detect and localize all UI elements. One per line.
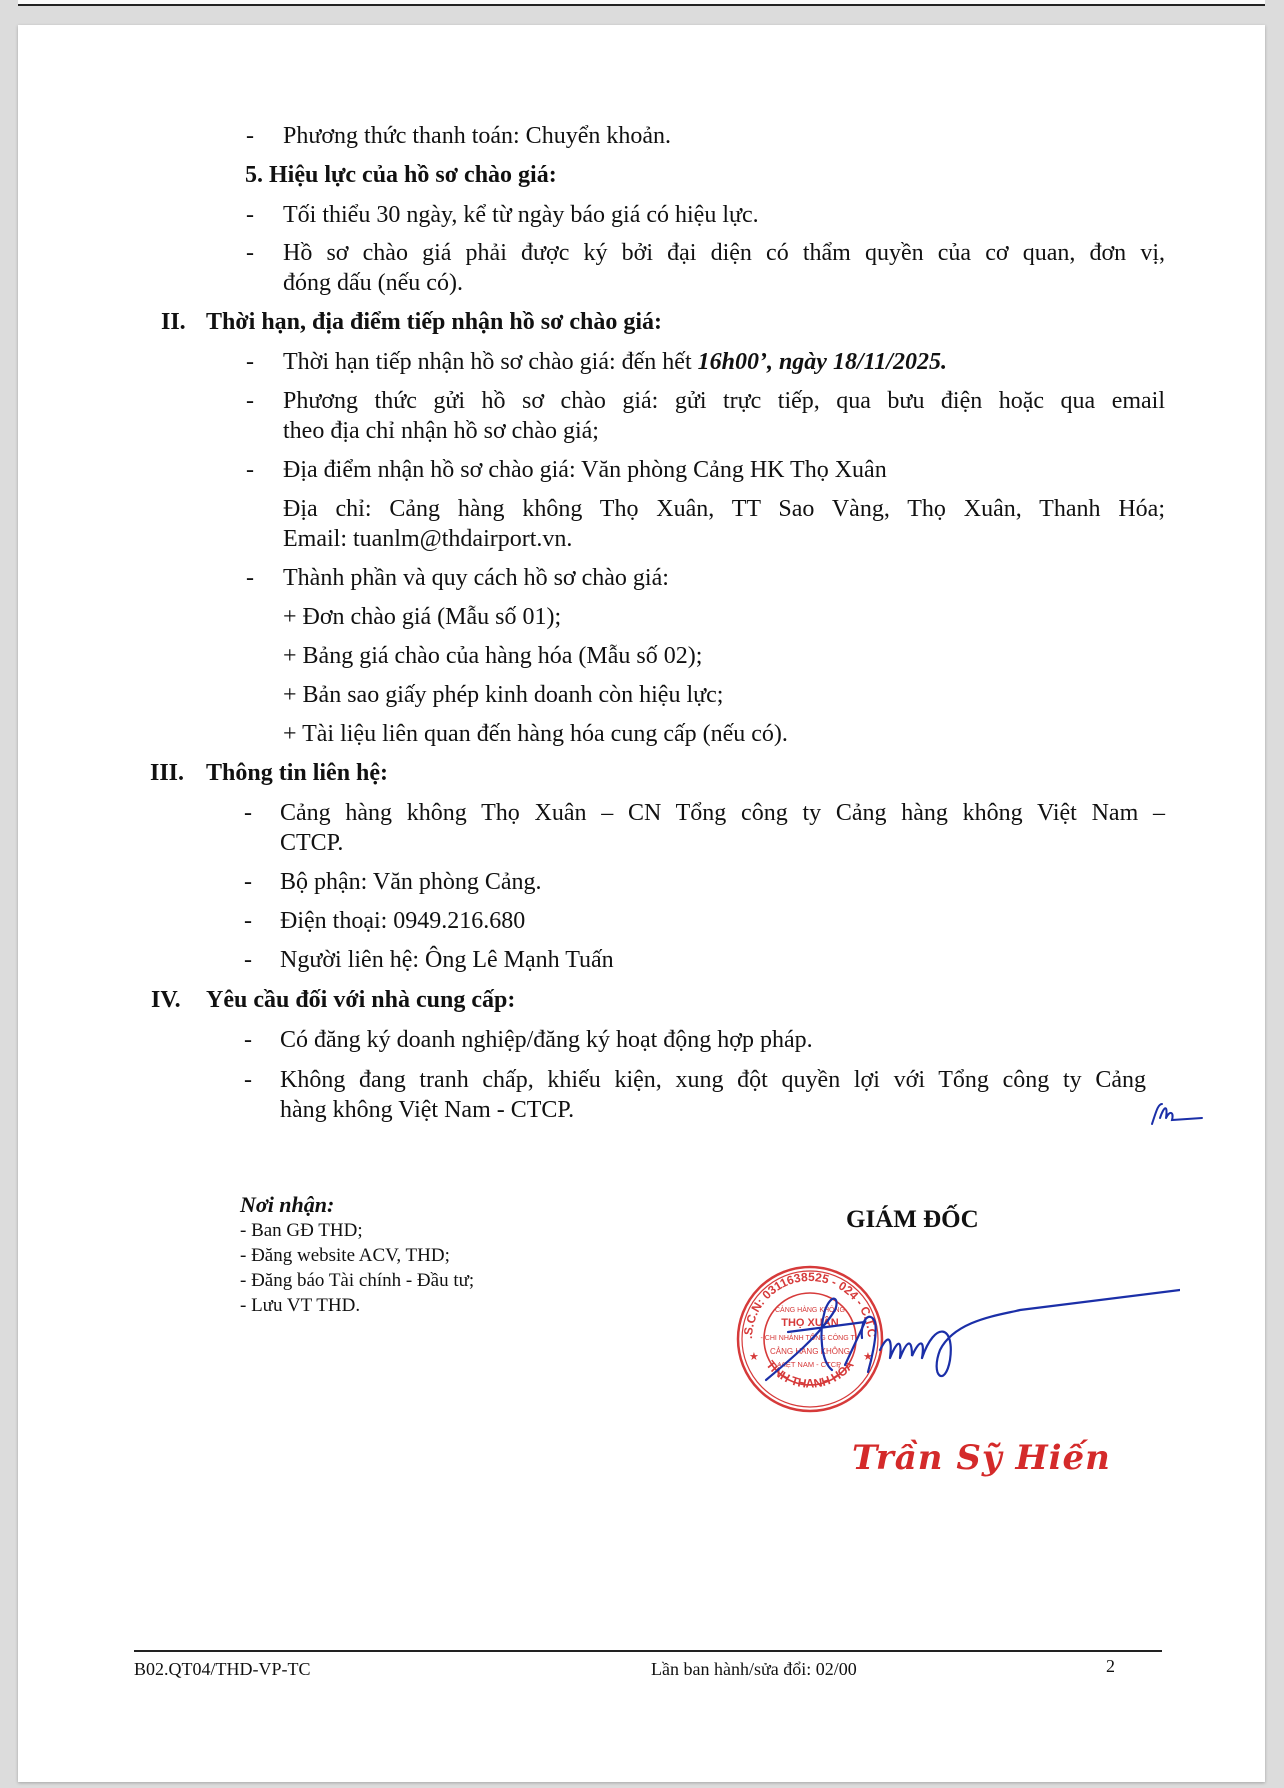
- section-5-heading: 5. Hiệu lực của hồ sơ chào giá:: [245, 160, 557, 190]
- previous-page-edge: [18, 0, 1265, 6]
- section-II-numeral: II.: [161, 307, 186, 337]
- bullet-dash: -: [244, 867, 252, 897]
- send-method-line1: Phương thức gửi hồ sơ chào giá: gửi trực…: [283, 386, 1165, 416]
- composition-item: + Tài liệu liên quan đến hàng hóa cung c…: [283, 719, 788, 749]
- bullet-dash: -: [246, 238, 254, 268]
- contact-organization-line1: Cảng hàng không Thọ Xuân – CN Tổng công …: [280, 798, 1165, 828]
- bullet-dash: -: [244, 906, 252, 936]
- receiving-location: Địa điểm nhận hồ sơ chào giá: Văn phòng …: [283, 455, 887, 485]
- composition-heading: Thành phần và quy cách hồ sơ chào giá:: [283, 563, 669, 593]
- recipient-item: - Đăng website ACV, THD;: [240, 1245, 450, 1267]
- contact-organization-line2: CTCP.: [280, 828, 343, 858]
- supplier-requirement-2-line1: Không đang tranh chấp, khiếu kiện, xung …: [280, 1065, 1146, 1095]
- recipient-item: - Lưu VT THD.: [240, 1295, 360, 1317]
- footer-page-number: 2: [1106, 1655, 1115, 1677]
- bullet-dash: -: [246, 347, 254, 377]
- section-III-numeral: III.: [150, 758, 184, 788]
- section-II-heading: Thời hạn, địa điểm tiếp nhận hồ sơ chào …: [206, 307, 662, 337]
- section-IV-numeral: IV.: [151, 985, 181, 1015]
- footer-document-code: B02.QT04/THD-VP-TC: [134, 1658, 311, 1680]
- contact-department: Bộ phận: Văn phòng Cảng.: [280, 867, 542, 897]
- composition-item: + Bản sao giấy phép kinh doanh còn hiệu …: [283, 680, 723, 710]
- bullet-dash: -: [244, 1025, 252, 1055]
- section-IV-heading: Yêu cầu đối với nhà cung cấp:: [206, 985, 515, 1015]
- composition-item: + Bảng giá chào của hàng hóa (Mẫu số 02)…: [283, 641, 702, 671]
- footer-revision: Lần ban hành/sửa đổi: 02/00: [651, 1658, 857, 1680]
- receiving-address: Địa chỉ: Cảng hàng không Thọ Xuân, TT Sa…: [283, 494, 1165, 524]
- contact-person: Người liên hệ: Ông Lê Mạnh Tuấn: [280, 945, 614, 975]
- bullet-dash: -: [246, 563, 254, 593]
- payment-method: Phương thức thanh toán: Chuyển khoản.: [283, 121, 671, 151]
- deadline-value: 16h00’, ngày 18/11/2025.: [698, 349, 947, 375]
- validity-signature-line1: Hồ sơ chào giá phải được ký bởi đại diện…: [283, 238, 1165, 268]
- recipient-item: - Đăng báo Tài chính - Đầu tư;: [240, 1270, 474, 1292]
- contact-phone: Điện thoại: 0949.216.680: [280, 906, 525, 936]
- bullet-dash: -: [246, 200, 254, 230]
- validity-signature-line2: đóng dấu (nếu có).: [283, 268, 463, 298]
- bullet-dash: -: [246, 121, 254, 151]
- bullet-dash: -: [244, 798, 252, 828]
- signer-name: Trần Sỹ Hiến: [852, 1438, 1111, 1478]
- send-method-line2: theo địa chỉ nhận hồ sơ chào giá;: [283, 416, 599, 446]
- deadline-label: Thời hạn tiếp nhận hồ sơ chào giá: đến h…: [283, 349, 698, 375]
- bullet-dash: -: [244, 1065, 252, 1095]
- composition-item: + Đơn chào giá (Mẫu số 01);: [283, 602, 561, 632]
- footer-divider: [134, 1650, 1162, 1652]
- handwritten-signature-icon: [740, 1280, 1180, 1430]
- submission-deadline: Thời hạn tiếp nhận hồ sơ chào giá: đến h…: [283, 347, 947, 377]
- bullet-dash: -: [244, 945, 252, 975]
- signatory-title: GIÁM ĐỐC: [846, 1205, 979, 1235]
- document-page: - Phương thức thanh toán: Chuyển khoản. …: [18, 25, 1265, 1782]
- recipients-heading: Nơi nhận:: [240, 1192, 334, 1218]
- recipient-item: - Ban GĐ THD;: [240, 1220, 363, 1242]
- supplier-requirement-2-line2: hàng không Việt Nam - CTCP.: [280, 1095, 574, 1125]
- supplier-requirement-1: Có đăng ký doanh nghiệp/đăng ký hoạt độn…: [280, 1025, 813, 1055]
- receiving-email: Email: tuanlm@thdairport.vn.: [283, 524, 572, 554]
- bullet-dash: -: [246, 455, 254, 485]
- section-III-heading: Thông tin liên hệ:: [206, 758, 388, 788]
- bullet-dash: -: [246, 386, 254, 416]
- margin-initial-icon: [1148, 1098, 1204, 1130]
- validity-minimum: Tối thiểu 30 ngày, kể từ ngày báo giá có…: [283, 200, 759, 230]
